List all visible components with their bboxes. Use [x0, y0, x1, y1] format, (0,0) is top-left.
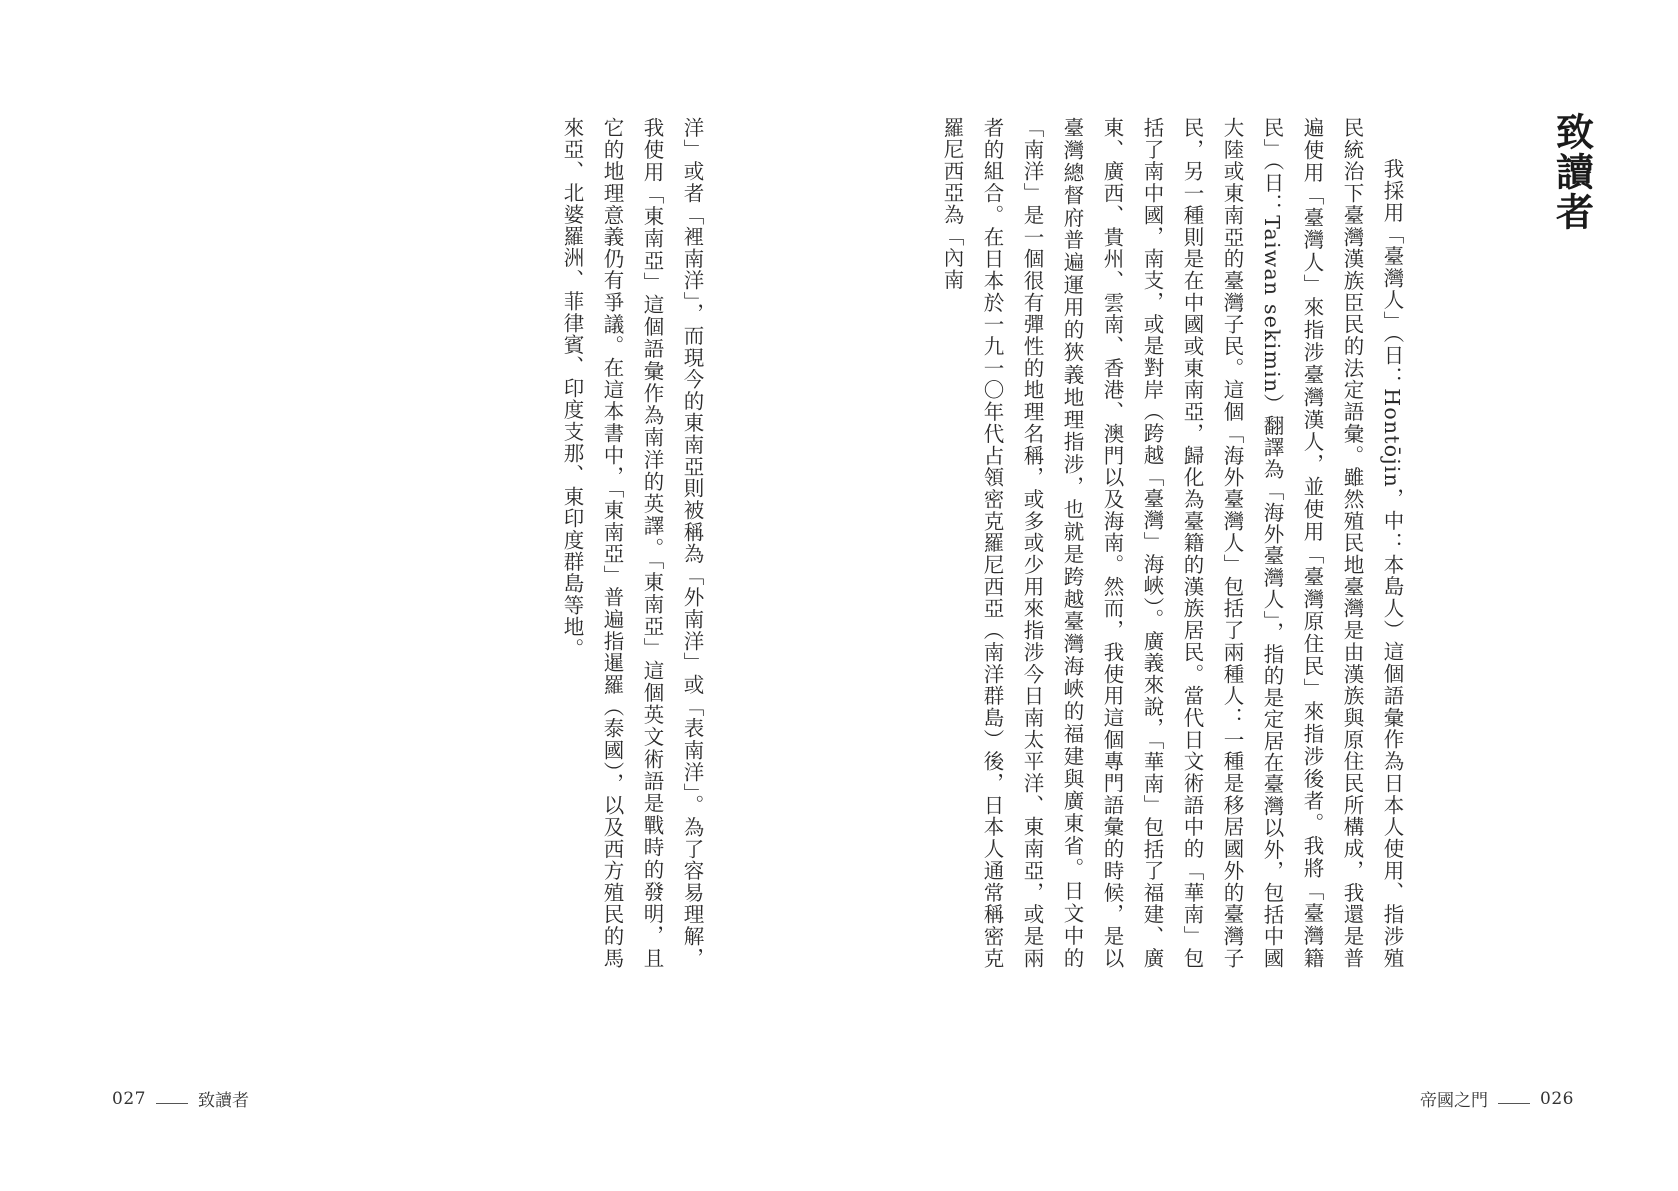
left-page: [0, 0, 839, 1191]
right-page-footer: 帝國之門 026: [1420, 1086, 1574, 1111]
running-title: 帝國之門: [1420, 1086, 1488, 1111]
paragraph-continuation: 洋」或者「裡南洋」，而現今的東南亞則被稱為「外南洋」或「表南洋」。為了容易理解，…: [552, 117, 712, 969]
footer-rule: [156, 1103, 188, 1104]
running-title: 致讀者: [198, 1086, 249, 1111]
paragraph: 我採用「臺灣人」（日：Hontōjin，中：本島人）這個語彙作為日本人使用、指涉…: [932, 117, 1412, 969]
left-page-footer: 027 致讀者: [112, 1086, 249, 1111]
right-page-body: 我採用「臺灣人」（日：Hontōjin，中：本島人）這個語彙作為日本人使用、指涉…: [972, 117, 1412, 969]
page-number: 026: [1540, 1089, 1574, 1109]
footer-rule: [1498, 1103, 1530, 1104]
chapter-title: 致讀者: [1549, 112, 1593, 232]
left-page-body: 洋」或者「裡南洋」，而現今的東南亞則被稱為「外南洋」或「表南洋」。為了容易理解，…: [552, 117, 712, 969]
page-number: 027: [112, 1089, 146, 1109]
